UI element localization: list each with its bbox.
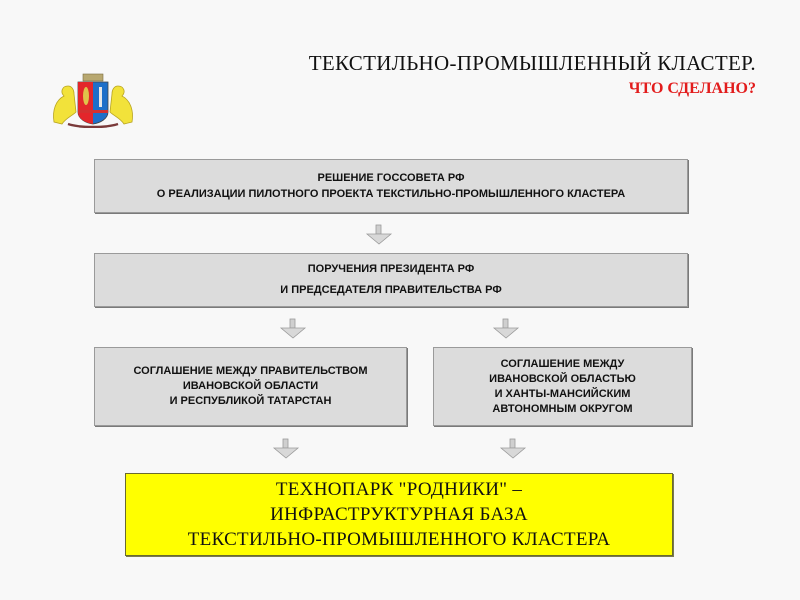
step-line: АВТОНОМНЫМ ОКРУГОМ — [492, 402, 632, 417]
result-line: ИНФРАСТРУКТУРНАЯ БАЗА — [270, 502, 528, 527]
arrow-down-icon — [364, 224, 394, 246]
step-line: РЕШЕНИЕ ГОССОВЕТА РФ — [317, 170, 464, 186]
arrow-down-icon — [271, 438, 301, 460]
step-line: О РЕАЛИЗАЦИИ ПИЛОТНОГО ПРОЕКТА ТЕКСТИЛЬН… — [157, 186, 625, 202]
arrow-down-icon — [498, 438, 528, 460]
step-gossovet-decision: РЕШЕНИЕ ГОССОВЕТА РФ О РЕАЛИЗАЦИИ ПИЛОТН… — [94, 159, 688, 213]
result-line: ТЕХНОПАРК "РОДНИКИ" – — [276, 477, 522, 502]
result-line: ТЕКСТИЛЬНО-ПРОМЫШЛЕННОГО КЛАСТЕРА — [188, 527, 610, 552]
step-line: И ПРЕДСЕДАТЕЛЯ ПРАВИТЕЛЬСТВА РФ — [280, 280, 501, 301]
step-line: ИВАНОВСКОЙ ОБЛАСТЬЮ — [489, 372, 636, 387]
step-line: И ХАНТЫ-МАНСИЙСКИМ — [495, 387, 631, 402]
step-agreement-khmao: СОГЛАШЕНИЕ МЕЖДУ ИВАНОВСКОЙ ОБЛАСТЬЮ И Х… — [433, 347, 692, 426]
slide-header: ТЕКСТИЛЬНО-ПРОМЫШЛЕННЫЙ КЛАСТЕР. ЧТО СДЕ… — [309, 50, 756, 100]
step-line: СОГЛАШЕНИЕ МЕЖДУ ПРАВИТЕЛЬСТВОМ — [133, 364, 367, 379]
step-president-orders: ПОРУЧЕНИЯ ПРЕЗИДЕНТА РФ И ПРЕДСЕДАТЕЛЯ П… — [94, 253, 688, 307]
coat-of-arms-icon — [50, 72, 136, 128]
result-technopark-rodniki: ТЕХНОПАРК "РОДНИКИ" – ИНФРАСТРУКТУРНАЯ Б… — [125, 473, 673, 556]
step-line: ПОРУЧЕНИЯ ПРЕЗИДЕНТА РФ — [308, 259, 474, 280]
arrow-down-icon — [491, 318, 521, 340]
step-agreement-tatarstan: СОГЛАШЕНИЕ МЕЖДУ ПРАВИТЕЛЬСТВОМ ИВАНОВСК… — [94, 347, 407, 426]
step-line: СОГЛАШЕНИЕ МЕЖДУ — [501, 357, 625, 372]
page-subtitle: ЧТО СДЕЛАНО? — [309, 78, 756, 100]
step-line: И РЕСПУБЛИКОЙ ТАТАРСТАН — [170, 394, 332, 409]
arrow-down-icon — [278, 318, 308, 340]
page-title: ТЕКСТИЛЬНО-ПРОМЫШЛЕННЫЙ КЛАСТЕР. — [309, 50, 756, 76]
step-line: ИВАНОВСКОЙ ОБЛАСТИ — [183, 379, 318, 394]
